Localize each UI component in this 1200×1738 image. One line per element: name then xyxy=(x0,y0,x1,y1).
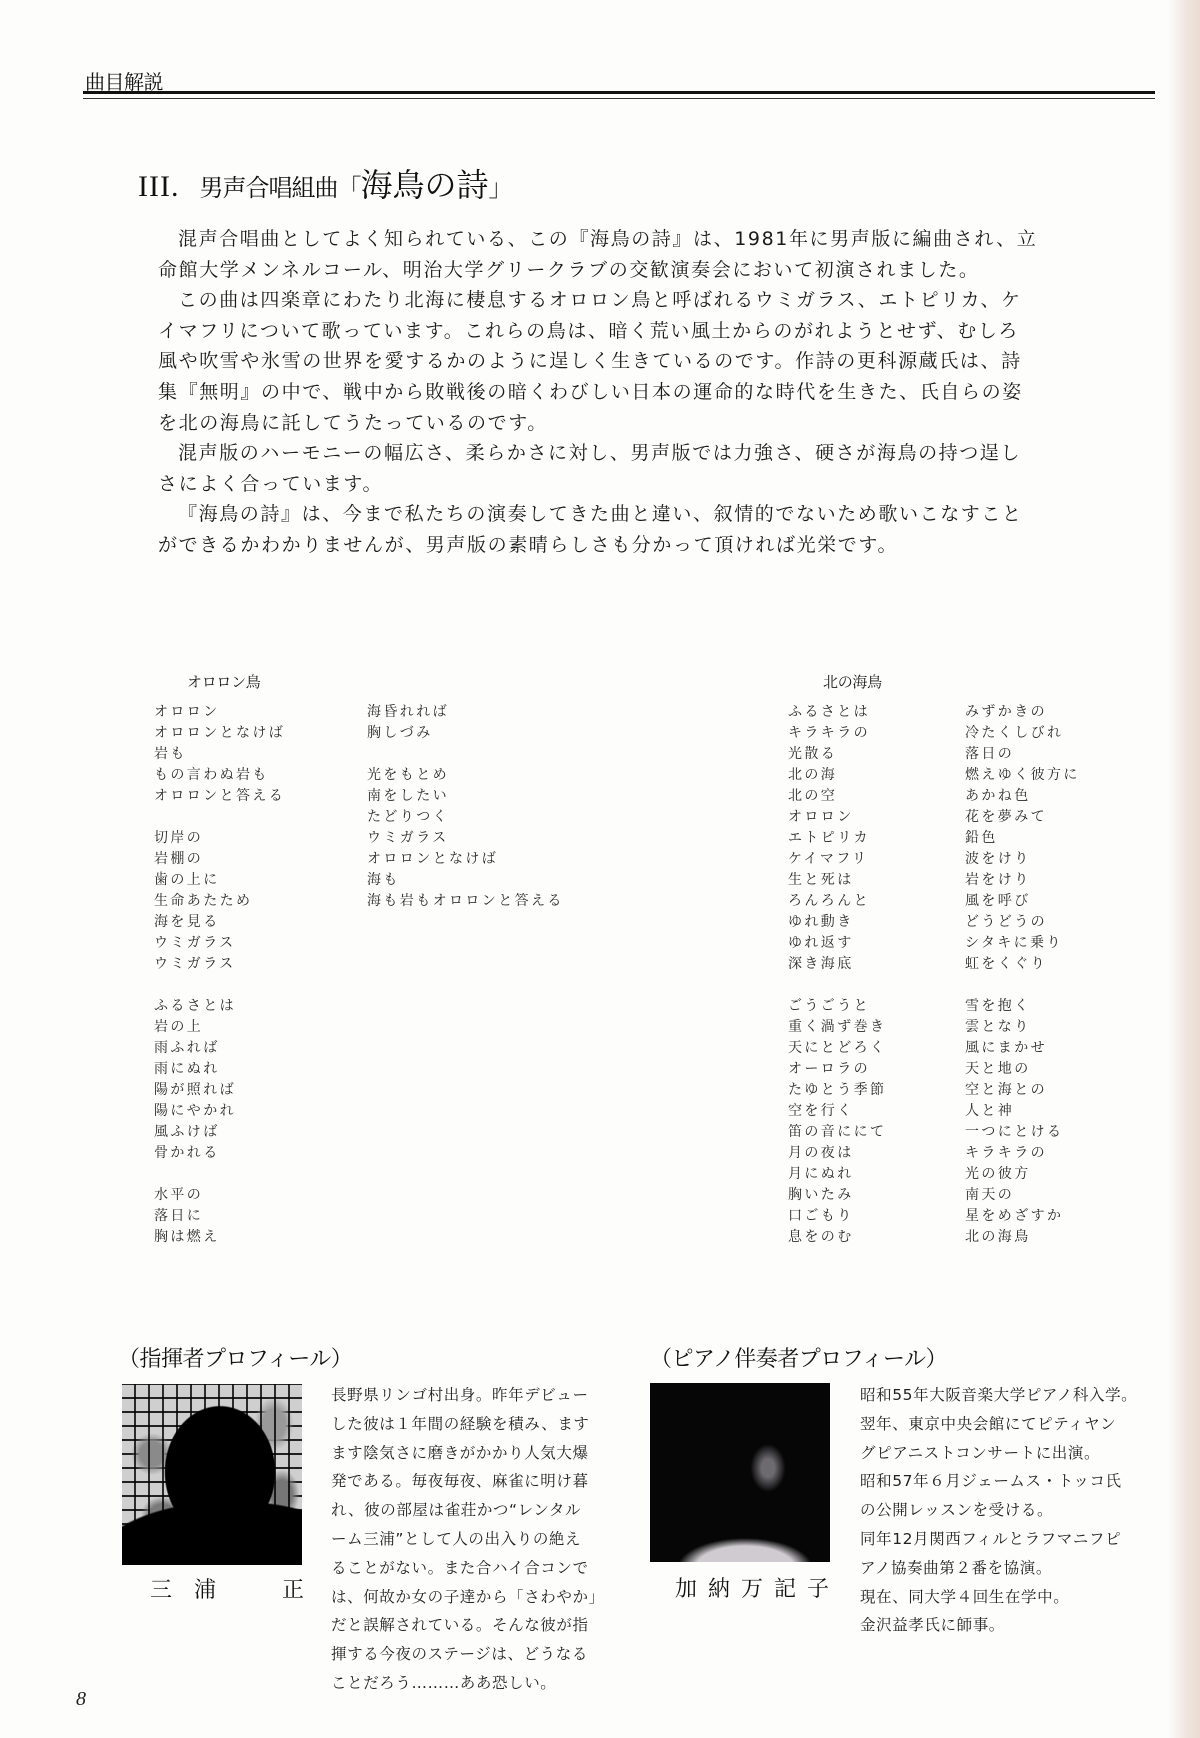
text-line: みずかきの xyxy=(965,702,1080,723)
text-line: ウミガラス xyxy=(367,828,564,849)
text-line: 海を見る xyxy=(154,912,285,933)
conductor-name: 三 浦 正 xyxy=(150,1573,304,1604)
text-line: 波をけり xyxy=(965,849,1080,870)
text-line: は、何故か女の子達から「さわやか」 xyxy=(331,1583,605,1612)
text-line: 昭和57年６月ジェームス・トッコ氏 xyxy=(860,1467,1137,1496)
text-line: 岩棚の xyxy=(154,849,285,870)
text-line: オロロンと答える xyxy=(154,786,285,807)
description-line: 『海鳥の詩』は、今まで私たちの演奏してきた曲と違い、叙情的でないため歌いこなすこ… xyxy=(158,499,1093,530)
text-line: ウミガラス xyxy=(154,954,285,975)
text-line: 発である。毎夜毎夜、麻雀に明け暮 xyxy=(331,1467,605,1496)
pianist-name: 加 納 万 記 子 xyxy=(675,1572,831,1603)
poem-column: みずかきの冷たくしびれ落日の燃えゆく彼方にあかね色花を夢みて鉛色波をけり岩をけり… xyxy=(965,702,1080,1248)
text-line: シタキに乗り xyxy=(965,933,1080,954)
text-line: 一つにとける xyxy=(965,1122,1080,1143)
conductor-profile-heading: （指揮者プロフィール） xyxy=(118,1342,352,1373)
description: 混声合唱曲としてよく知られている、この『海鳥の詩』は、1981年に男声版に編曲さ… xyxy=(158,224,1093,561)
poem-column: オロロンオロロンとなけば岩ももの言わぬ岩もオロロンと答える切岸の岩棚の歯の上に生… xyxy=(154,702,285,1248)
description-line: 風や吹雪や氷雪の世界を愛するかのように逞しく生きているのです。作詩の更科源蔵氏は… xyxy=(158,346,1093,377)
poem-title: オロロン鳥 xyxy=(187,671,261,692)
text-line: 星をめざすか xyxy=(965,1206,1080,1227)
text-line: ーム三浦”として人の出入りの絶え xyxy=(331,1525,605,1554)
text-line: だと誤解されている。そんな彼が指 xyxy=(331,1611,605,1640)
piece-heading: III. 男声合唱組曲「 海鳥の詩 」 xyxy=(138,160,512,206)
text-line: 笛の音ににて xyxy=(788,1122,886,1143)
text-line: 風を呼び xyxy=(965,891,1080,912)
text-line: 翌年、東京中央会館にてピティヤン xyxy=(860,1410,1137,1439)
text-line: 雨にぬれ xyxy=(154,1059,285,1080)
text-line: した彼は１年間の経験を積み、ます xyxy=(331,1410,605,1439)
description-line: 混声合唱曲としてよく知られている、この『海鳥の詩』は、1981年に男声版に編曲さ… xyxy=(158,224,1093,255)
text-line xyxy=(965,975,1080,996)
text-line: 陽にやかれ xyxy=(154,1101,285,1122)
piece-subtitle: 男声合唱組曲「 xyxy=(199,168,360,203)
piece-title: 海鳥の詩 xyxy=(360,160,488,206)
pianist-profile-heading: （ピアノ伴奏者プロフィール） xyxy=(650,1342,947,1373)
text-line: オーロラの xyxy=(788,1059,886,1080)
text-line: 天にとどろく xyxy=(788,1038,886,1059)
text-line: 北の海 xyxy=(788,765,886,786)
text-line: ことだろう………ああ恐しい。 xyxy=(331,1669,605,1698)
text-line: 落日の xyxy=(965,744,1080,765)
description-line: さによく合っています。 xyxy=(158,469,1093,500)
conductor-photo xyxy=(122,1384,302,1565)
text-line: 北の海鳥 xyxy=(965,1227,1080,1248)
text-line: 生と死は xyxy=(788,870,886,891)
text-line: あかね色 xyxy=(965,786,1080,807)
text-line: 光をもとめ xyxy=(367,765,564,786)
text-line: キラキラの xyxy=(788,723,886,744)
text-line: ごうごうと xyxy=(788,996,886,1017)
text-line: 月の夜は xyxy=(788,1143,886,1164)
description-line: を北の海鳥に託してうたっているのです。 xyxy=(158,408,1093,439)
piece-title-close: 」 xyxy=(489,168,512,203)
text-line: 岩も xyxy=(154,744,285,765)
piece-number: III. xyxy=(138,170,179,204)
text-line: 胸は燃え xyxy=(154,1227,285,1248)
text-line: 鉛色 xyxy=(965,828,1080,849)
text-line: 海も xyxy=(367,870,564,891)
description-line: ができるかわかりませんが、男声版の素晴らしさも分かって頂ければ光栄です。 xyxy=(158,530,1093,561)
text-line: アノ協奏曲第２番を協演。 xyxy=(860,1554,1137,1583)
text-line: 陽が照れば xyxy=(154,1080,285,1101)
text-line: 月にぬれ xyxy=(788,1164,886,1185)
text-line: 雲となり xyxy=(965,1017,1080,1038)
text-line xyxy=(154,807,285,828)
text-line: オロロンとなけば xyxy=(367,849,564,870)
text-line: 重く渦ず巻き xyxy=(788,1017,886,1038)
text-line: 金沢益孝氏に師事。 xyxy=(860,1611,1137,1640)
text-line: 風ふけば xyxy=(154,1122,285,1143)
text-line: の公開レッスンを受ける。 xyxy=(860,1496,1137,1525)
header-rule-thick xyxy=(83,91,1155,94)
text-line: れ、彼の部屋は雀荘かつ“レンタル xyxy=(331,1496,605,1525)
text-line: 水平の xyxy=(154,1185,285,1206)
text-line: グピアニストコンサートに出演。 xyxy=(860,1439,1137,1468)
description-line: 混声版のハーモニーの幅広さ、柔らかさに対し、男声版では力強さ、硬さが海鳥の持つ逞… xyxy=(158,438,1093,469)
text-line: ます陰気さに磨きがかかり人気大爆 xyxy=(331,1439,605,1468)
text-line xyxy=(788,975,886,996)
text-line: ろんろんと xyxy=(788,891,886,912)
text-line: 空を行く xyxy=(788,1101,886,1122)
text-line: 息をのむ xyxy=(788,1227,886,1248)
text-line: 口ごもり xyxy=(788,1206,886,1227)
description-line: 集『無明』の中で、戦中から敗戦後の暗くわびしい日本の運命的な時代を生きた、氏自ら… xyxy=(158,377,1093,408)
text-line: 光散る xyxy=(788,744,886,765)
text-line: 岩をけり xyxy=(965,870,1080,891)
text-line: ゆれ動き xyxy=(788,912,886,933)
text-line: たゆとう季節 xyxy=(788,1080,886,1101)
text-line: 現在、同大学４回生在学中。 xyxy=(860,1583,1137,1612)
text-line: キラキラの xyxy=(965,1143,1080,1164)
text-line: もの言わぬ岩も xyxy=(154,765,285,786)
text-line xyxy=(367,744,564,765)
text-line: 燃えゆく彼方に xyxy=(965,765,1080,786)
text-line: 北の空 xyxy=(788,786,886,807)
text-line: 昭和55年大阪音楽大学ピアノ科入学。 xyxy=(860,1381,1137,1410)
text-line: エトピリカ xyxy=(788,828,886,849)
description-line: イマフリについて歌っています。これらの鳥は、暗く荒い風土からのがれようとせず、む… xyxy=(158,316,1093,347)
header-rule-thin xyxy=(83,98,1155,99)
text-line: 雪を抱く xyxy=(965,996,1080,1017)
text-line: 南天の xyxy=(965,1185,1080,1206)
text-line: 冷たくしびれ xyxy=(965,723,1080,744)
description-line: この曲は四楽章にわたり北海に棲息するオロロン鳥と呼ばれるウミガラス、エトピリカ、… xyxy=(158,285,1093,316)
poem-column: ふるさとはキラキラの光散る北の海北の空オロロンエトピリカケイマフリ生と死はろんろ… xyxy=(788,702,886,1248)
poem-title: 北の海鳥 xyxy=(823,671,882,692)
text-line: 同年12月関西フィルとラフマニフピ xyxy=(860,1525,1137,1554)
text-line: 骨かれる xyxy=(154,1143,285,1164)
text-line: 虹をくぐり xyxy=(965,954,1080,975)
text-line: 歯の上に xyxy=(154,870,285,891)
text-line: 花を夢みて xyxy=(965,807,1080,828)
text-line: 南をしたい xyxy=(367,786,564,807)
page-number: 8 xyxy=(76,1688,86,1711)
poem-column: 海昏れれば胸しづみ光をもとめ南をしたいたどりつくウミガラスオロロンとなけば海も海… xyxy=(367,702,564,912)
text-line: 空と海との xyxy=(965,1080,1080,1101)
text-line: 天と地の xyxy=(965,1059,1080,1080)
text-line xyxy=(154,1164,285,1185)
pianist-bio: 昭和55年大阪音楽大学ピアノ科入学。翌年、東京中央会館にてピティヤングピアニスト… xyxy=(860,1381,1137,1640)
text-line: 胸しづみ xyxy=(367,723,564,744)
text-line: ることがない。また合ハイ合コンで xyxy=(331,1554,605,1583)
text-line: ふるさとは xyxy=(788,702,886,723)
text-line: どうどうの xyxy=(965,912,1080,933)
page-gutter-shadow xyxy=(1168,0,1200,1738)
text-line: 光の彼方 xyxy=(965,1164,1080,1185)
text-line: オロロンとなけば xyxy=(154,723,285,744)
text-line: 岩の上 xyxy=(154,1017,285,1038)
description-line: 命館大学メンネルコール、明治大学グリークラブの交歓演奏会において初演されました。 xyxy=(158,255,1093,286)
text-line: 胸いたみ xyxy=(788,1185,886,1206)
text-line: ウミガラス xyxy=(154,933,285,954)
text-line: 海昏れれば xyxy=(367,702,564,723)
text-line: ふるさとは xyxy=(154,996,285,1017)
text-line: たどりつく xyxy=(367,807,564,828)
text-line: ゆれ返す xyxy=(788,933,886,954)
pianist-photo xyxy=(650,1383,830,1562)
text-line: 落日に xyxy=(154,1206,285,1227)
text-line: 人と神 xyxy=(965,1101,1080,1122)
text-line: 風にまかせ xyxy=(965,1038,1080,1059)
text-line: 生命あたため xyxy=(154,891,285,912)
text-line: オロロン xyxy=(788,807,886,828)
conductor-bio: 長野県リンゴ村出身。昨年デビューした彼は１年間の経験を積み、ますます陰気さに磨き… xyxy=(331,1381,605,1698)
text-line: 雨ふれば xyxy=(154,1038,285,1059)
text-line xyxy=(154,975,285,996)
text-line: ケイマフリ xyxy=(788,849,886,870)
text-line: 切岸の xyxy=(154,828,285,849)
text-line: 深き海底 xyxy=(788,954,886,975)
text-line: 揮する今夜のステージは、どうなる xyxy=(331,1640,605,1669)
text-line: 長野県リンゴ村出身。昨年デビュー xyxy=(331,1381,605,1410)
text-line: 海も岩もオロロンと答える xyxy=(367,891,564,912)
text-line: オロロン xyxy=(154,702,285,723)
